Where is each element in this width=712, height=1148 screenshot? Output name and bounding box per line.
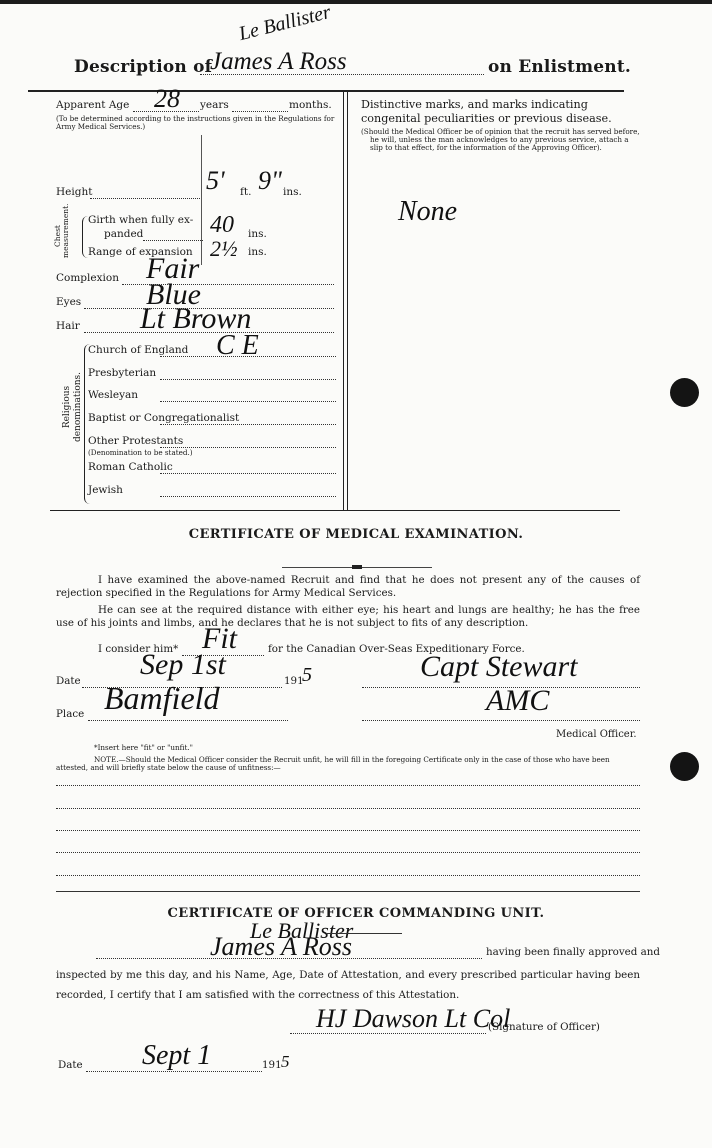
punch-hole	[670, 752, 699, 781]
months-line	[232, 111, 288, 112]
height-line	[90, 198, 200, 199]
girth-label-2: panded	[104, 228, 143, 240]
officer-unit-line	[362, 720, 640, 721]
religion-label: Presbyterian	[88, 367, 156, 379]
religion-label: Jewish	[88, 484, 123, 496]
fit-footnote: *Insert here "fit" or "unfit."	[94, 744, 193, 752]
header-annotation: Le Ballister	[237, 1, 334, 46]
religion-row: Other Protestants	[88, 435, 183, 447]
religion-line	[160, 379, 336, 380]
recruit-name: James A Ross	[210, 48, 347, 76]
girth-line	[143, 240, 203, 241]
ft-label: ft.	[240, 186, 251, 198]
religion-label: Church of England	[88, 344, 188, 356]
exam-place-label: Place	[56, 708, 84, 721]
section-rule	[50, 510, 620, 511]
medical-certificate-title: CERTIFICATE OF MEDICAL EXAMINATION.	[0, 527, 712, 542]
expansion-unit: ins.	[248, 246, 267, 258]
girth-label-1: Girth when fully ex-	[88, 214, 193, 226]
unfitness-line	[56, 830, 640, 831]
unfitness-note: NOTE.—Should the Medical Officer conside…	[56, 756, 640, 772]
signature-of-officer-label: (Signature of Officer)	[488, 1021, 600, 1034]
commanding-officer-signature: HJ Dawson Lt Col	[316, 1004, 510, 1034]
medical-officer-signature: Capt Stewart	[420, 650, 578, 684]
religion-line	[160, 496, 336, 497]
header-title-suffix: on Enlistment.	[488, 57, 631, 77]
unfitness-line	[56, 875, 640, 876]
section-rule-bottom	[56, 891, 640, 892]
medical-para-2: He can see at the required distance with…	[56, 604, 640, 630]
unfitness-line	[56, 852, 640, 853]
measurement-divider	[201, 135, 202, 265]
column-divider	[343, 92, 344, 510]
religion-line	[160, 424, 336, 425]
co-year-suffix: 5	[281, 1052, 290, 1072]
scan-edge	[0, 0, 712, 4]
religion-label: Wesleyan	[88, 389, 138, 401]
religion-row: Jewish	[88, 484, 123, 496]
ins-label: ins.	[283, 186, 302, 198]
eyes-label: Eyes	[56, 296, 81, 308]
distinctive-marks-value: None	[398, 196, 457, 228]
exam-year-suffix: 5	[302, 664, 312, 687]
distinctive-marks-note: (Should the Medical Officer be of opinio…	[361, 128, 641, 153]
medical-para-1: I have examined the above-named Recruit …	[56, 574, 640, 600]
unfitness-line	[56, 808, 640, 809]
religion-row: Wesleyan	[88, 389, 138, 401]
co-date-label: Date	[58, 1059, 83, 1072]
column-divider	[347, 92, 348, 510]
months-label: months.	[289, 99, 332, 111]
girth-unit: ins.	[248, 228, 267, 240]
exam-date-label: Date	[56, 675, 81, 688]
girth-value: 40	[210, 212, 234, 239]
exam-date-value: Sep 1st	[140, 648, 226, 682]
approval-text-2: inspected by me this day, and his Name, …	[56, 965, 640, 1005]
commanding-recruit-name: James A Ross	[210, 932, 352, 962]
co-year-prefix: 191	[262, 1059, 282, 1072]
age-note: (To be determined according to the instr…	[56, 115, 338, 131]
height-label: Height	[56, 186, 92, 198]
approval-text-1: having been finally approved and	[486, 946, 660, 959]
distinctive-marks-heading: Distinctive marks, and marks indicating …	[361, 98, 647, 126]
exam-year-prefix: 191	[284, 675, 304, 688]
religion-row: Presbyterian	[88, 367, 156, 379]
co-date-value: Sept 1	[142, 1040, 211, 1072]
religion-row: Baptist or Congregationalist	[88, 412, 239, 424]
exam-place-value: Bamfield	[104, 680, 220, 717]
religion-line	[160, 473, 336, 474]
ornament-dot	[352, 565, 362, 569]
religion-row: Roman Catholic	[88, 461, 173, 473]
religion-label: Other Protestants	[88, 435, 183, 447]
height-feet: 5'	[206, 166, 225, 196]
medical-officer-label: Medical Officer.	[556, 728, 637, 741]
medical-officer-unit: AMC	[486, 684, 549, 718]
religion-row: Church of England	[88, 344, 188, 356]
religion-label: Baptist or Congregationalist	[88, 412, 239, 424]
years-label: years	[200, 99, 229, 111]
expansion-value: 2½	[210, 236, 238, 262]
complexion-label: Complexion	[56, 272, 119, 284]
religion-note: (Denomination to be stated.)	[88, 449, 193, 457]
hair-label: Hair	[56, 320, 80, 332]
exam-place-line	[88, 720, 288, 721]
apparent-age-value: 28	[154, 84, 180, 114]
religion-value: C E	[216, 330, 259, 362]
apparent-age-label: Apparent Age	[56, 99, 129, 111]
religion-line	[160, 401, 336, 402]
commanding-certificate-title: CERTIFICATE OF OFFICER COMMANDING UNIT.	[0, 906, 712, 921]
chest-measurement-label: Chest measurement.	[54, 214, 70, 258]
header-title-prefix: Description of	[74, 57, 212, 77]
religious-denominations-label: Religious denominations.	[62, 352, 84, 462]
header-rule	[28, 90, 624, 92]
punch-hole	[670, 378, 699, 407]
height-inches: 9"	[258, 166, 282, 196]
religion-label: Roman Catholic	[88, 461, 173, 473]
unfitness-line	[56, 785, 640, 786]
